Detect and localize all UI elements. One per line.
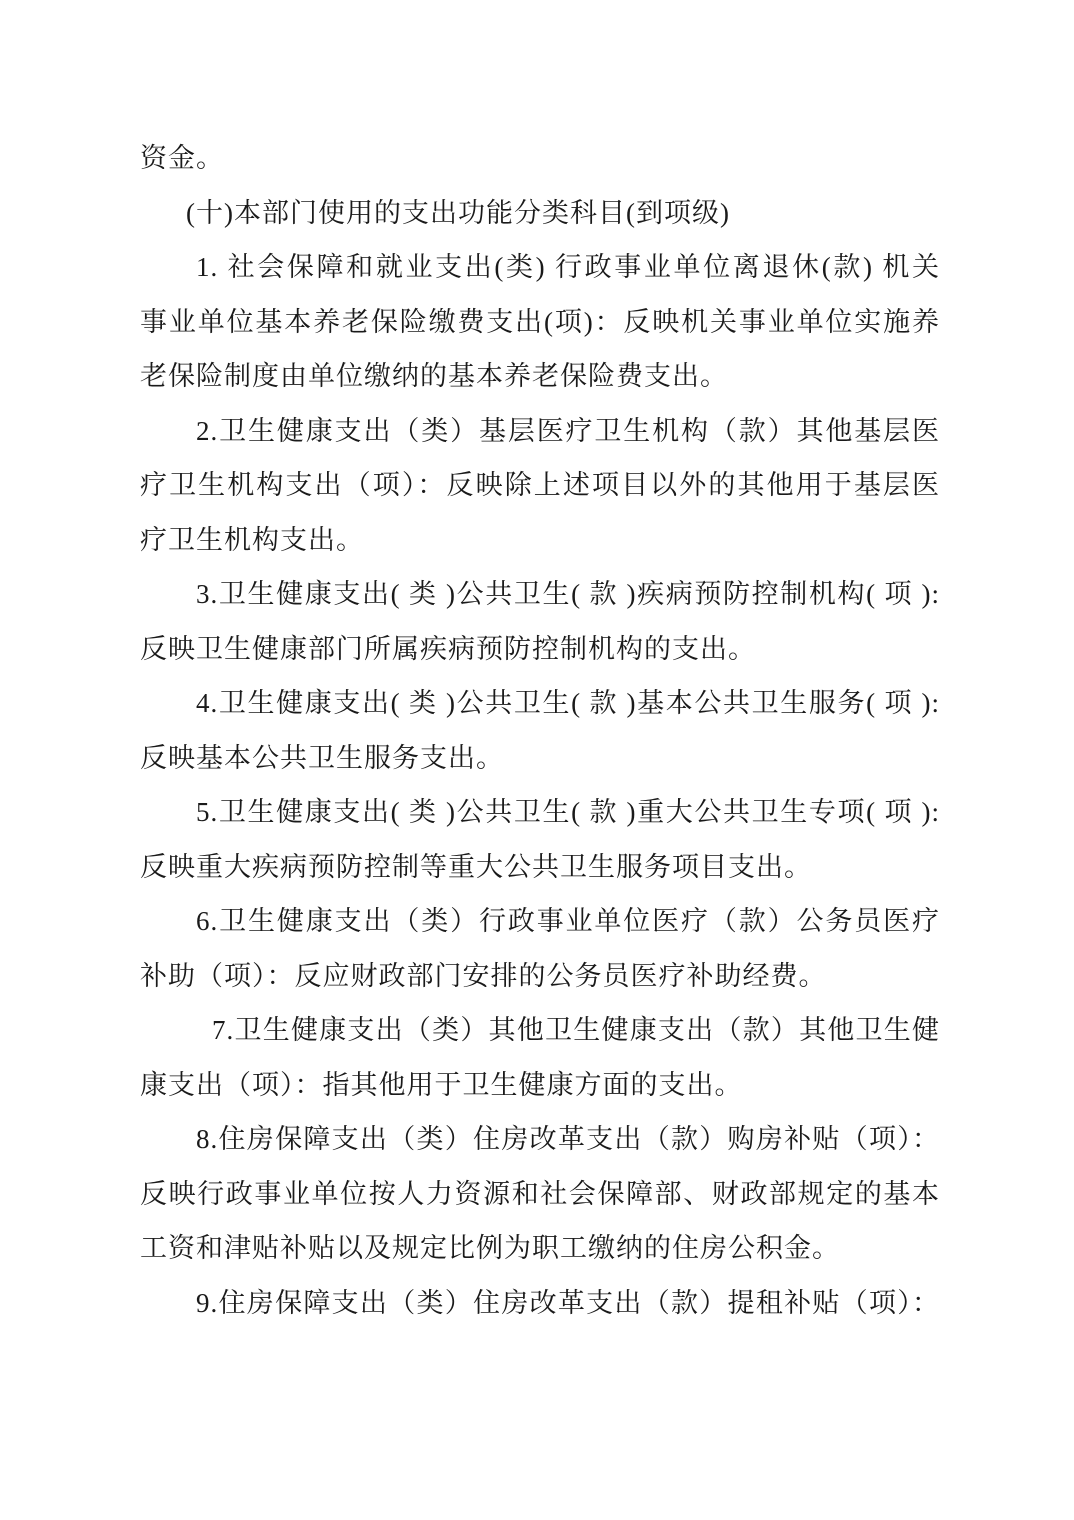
text-line: 事业单位基本养老保险缴费支出(项)：反映机关事业单位实施养 — [140, 295, 940, 350]
text-line: 资金。 — [140, 131, 940, 186]
list-item-5: 5.卫生健康支出( 类 )公共卫生( 款 )重大公共卫生专项( 项 ):反映重大… — [140, 785, 940, 894]
text-line: 反映卫生健康部门所属疾病预防控制机构的支出。 — [140, 622, 940, 677]
text-line: 7.卫生健康支出（类）其他卫生健康支出（款）其他卫生健 — [140, 1003, 940, 1058]
text-line: 工资和津贴补贴以及规定比例为职工缴纳的住房公积金。 — [140, 1221, 940, 1276]
text-line: 3.卫生健康支出( 类 )公共卫生( 款 )疾病预防控制机构( 项 ): — [140, 567, 940, 622]
text-line: 9.住房保障支出（类）住房改革支出（款）提租补贴（项）： — [140, 1276, 940, 1331]
text-line: 疗卫生机构支出（项）：反映除上述项目以外的其他用于基层医 — [140, 458, 940, 513]
text-line: 补助（项）：反应财政部门安排的公务员医疗补助经费。 — [140, 949, 940, 1004]
document-page: 资金。(十)本部门使用的支出功能分类科目(到项级)1. 社会保障和就业支出(类)… — [0, 0, 1074, 1520]
text-line: 老保险制度由单位缴纳的基本养老保险费支出。 — [140, 349, 940, 404]
text-line: 1. 社会保障和就业支出(类) 行政事业单位离退休(款) 机关 — [140, 240, 940, 295]
text-line: 反映基本公共卫生服务支出。 — [140, 731, 940, 786]
text-line: 5.卫生健康支出( 类 )公共卫生( 款 )重大公共卫生专项( 项 ): — [140, 785, 940, 840]
text-line: 6.卫生健康支出（类）行政事业单位医疗（款）公务员医疗 — [140, 894, 940, 949]
text-line: 4.卫生健康支出( 类 )公共卫生( 款 )基本公共卫生服务( 项 ): — [140, 676, 940, 731]
text-line: 反映行政事业单位按人力资源和社会保障部、财政部规定的基本 — [140, 1167, 940, 1222]
list-item-7: 7.卫生健康支出（类）其他卫生健康支出（款）其他卫生健康支出（项）：指其他用于卫… — [140, 1003, 940, 1112]
text-line: 康支出（项）：指其他用于卫生健康方面的支出。 — [140, 1058, 940, 1113]
section-heading: (十)本部门使用的支出功能分类科目(到项级) — [140, 186, 940, 241]
list-item-1: 1. 社会保障和就业支出(类) 行政事业单位离退休(款) 机关事业单位基本养老保… — [140, 240, 940, 404]
text-line: 反映重大疾病预防控制等重大公共卫生服务项目支出。 — [140, 840, 940, 895]
paragraph-continuation: 资金。 — [140, 131, 940, 186]
text-line: 2.卫生健康支出（类）基层医疗卫生机构（款）其他基层医 — [140, 404, 940, 459]
text-line: 8.住房保障支出（类）住房改革支出（款）购房补贴（项）： — [140, 1112, 940, 1167]
text-line: 疗卫生机构支出。 — [140, 513, 940, 568]
list-item-8: 8.住房保障支出（类）住房改革支出（款）购房补贴（项）：反映行政事业单位按人力资… — [140, 1112, 940, 1276]
list-item-4: 4.卫生健康支出( 类 )公共卫生( 款 )基本公共卫生服务( 项 ):反映基本… — [140, 676, 940, 785]
list-item-3: 3.卫生健康支出( 类 )公共卫生( 款 )疾病预防控制机构( 项 ):反映卫生… — [140, 567, 940, 676]
list-item-2: 2.卫生健康支出（类）基层医疗卫生机构（款）其他基层医疗卫生机构支出（项）：反映… — [140, 404, 940, 568]
list-item-6: 6.卫生健康支出（类）行政事业单位医疗（款）公务员医疗补助（项）：反应财政部门安… — [140, 894, 940, 1003]
list-item-9: 9.住房保障支出（类）住房改革支出（款）提租补贴（项）： — [140, 1276, 940, 1331]
text-line: (十)本部门使用的支出功能分类科目(到项级) — [140, 186, 940, 241]
document-body: 资金。(十)本部门使用的支出功能分类科目(到项级)1. 社会保障和就业支出(类)… — [140, 131, 940, 1330]
